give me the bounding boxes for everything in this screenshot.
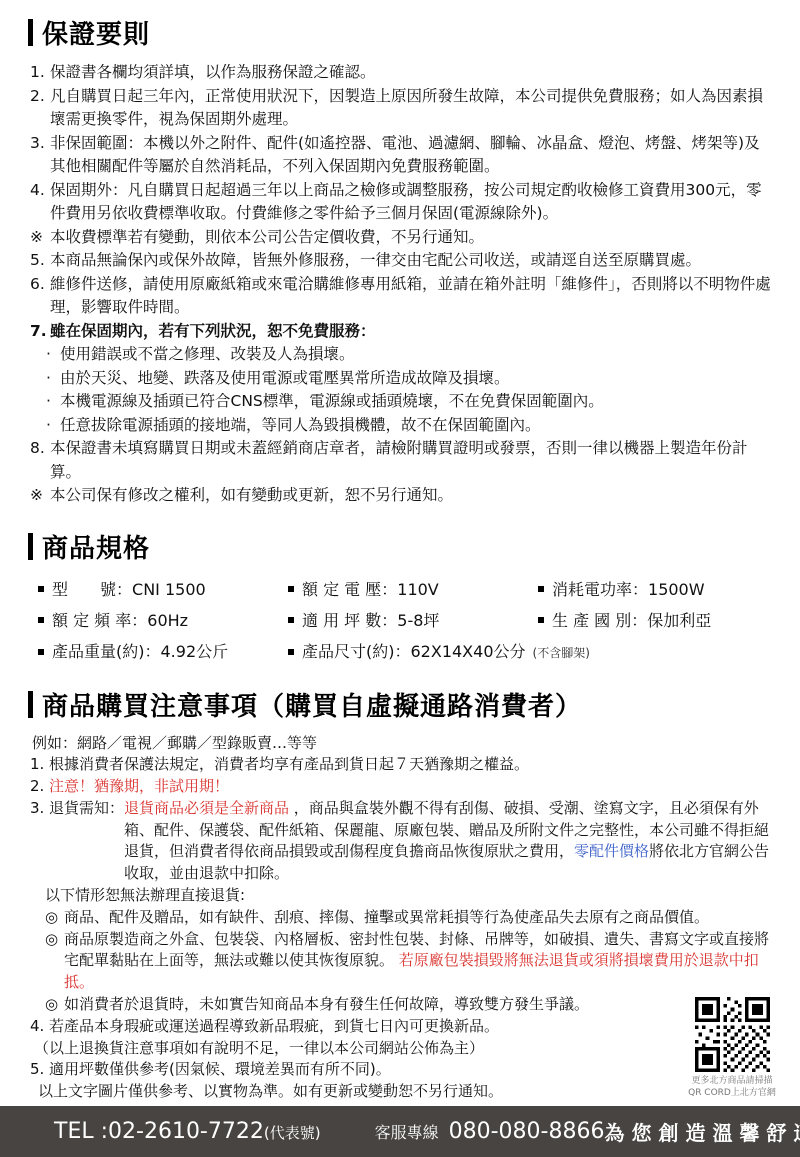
specs-section-header: 商品規格 bbox=[28, 528, 772, 565]
item-text: 本保證書未填寫購買日期或未蓋經銷商店章者，請檢附購買證明或發票，否則一律以機器上… bbox=[50, 437, 772, 484]
spec-item-model: 型 號：CNI 1500 bbox=[38, 575, 288, 604]
section-specs: 商品規格 型 號：CNI 1500 額 定 電 壓：110V 消耗電功率：150… bbox=[30, 528, 772, 668]
item-marker: 1. bbox=[30, 61, 50, 85]
warranty-item: 4.保固期外：凡自購買日起超過三年以上商品之檢修或調整服務，按公司規定酌收檢修工… bbox=[30, 179, 772, 226]
item-label: 退貨需知： bbox=[49, 798, 124, 820]
spec-item-weight: 產品重量(約)：4.92公斤 bbox=[38, 637, 288, 668]
return-note: （以上退換貨注意事項如有說明不足，一律以本公司網站公佈為主） bbox=[30, 1038, 772, 1060]
item-text: 商品原製造商之外盒、包裝袋、內格層板、密封性包裝、封條、吊牌等，如破損、遺失、書… bbox=[64, 929, 772, 994]
spec-value: 110V bbox=[397, 575, 438, 604]
square-bullet-icon bbox=[538, 617, 544, 623]
item-text: 根據消費者保護法規定，消費者均享有產品到貨日起７天猶豫期之權益。 bbox=[49, 754, 772, 776]
item-text: 保固期外：凡自購買日起超過三年以上商品之檢修或調整服務，按公司規定酌收檢修工資費… bbox=[50, 179, 772, 226]
item-marker: ※ bbox=[30, 226, 50, 250]
warranty-item: 6.維修件送修，請使用原廠紙箱或來電洽購維修專用紙箱，並請在箱外註明「維修件」，… bbox=[30, 273, 772, 320]
item-marker: 4. bbox=[30, 1016, 49, 1038]
item-marker: 2. bbox=[30, 85, 50, 109]
bullet-dot-icon: ‧ bbox=[46, 390, 60, 414]
item-text: 如消費者於退貨時，未如實告知商品本身有發生任何故障，導致雙方發生爭議。 bbox=[64, 994, 772, 1016]
warranty-list: 1.保證書各欄均須詳填，以作為服務保證之確認。 2.凡自購買日起三年內，正常使用… bbox=[30, 61, 772, 508]
purchase-section-header: 商品購買注意事項（購買自虛擬通路消費者） bbox=[28, 686, 772, 723]
section-bar-icon bbox=[28, 533, 33, 560]
spec-value: 保加利亞 bbox=[647, 606, 711, 635]
warranty-item: 1.保證書各欄均須詳填，以作為服務保證之確認。 bbox=[30, 61, 772, 85]
spec-note: (不含腳架) bbox=[533, 639, 590, 668]
spec-label: 產品尺寸(約)： bbox=[302, 637, 411, 666]
spec-label: 適 用 坪 數： bbox=[302, 606, 397, 635]
spec-value: 5-8坪 bbox=[397, 606, 439, 635]
spec-label: 型 號： bbox=[52, 575, 132, 604]
item-text: 保證書各欄均須詳填，以作為服務保證之確認。 bbox=[50, 61, 772, 85]
purchase-item: 4.若產品本身瑕疵或運送過程導致新品瑕疵，到貨七日內可更換新品。 bbox=[30, 1016, 772, 1038]
footer-bar: TEL : 02-2610-7722(代表號) 客服專線080-080-8866… bbox=[0, 1106, 800, 1157]
item-marker: 5. bbox=[30, 1059, 49, 1081]
bullet-dot-icon: ‧ bbox=[46, 414, 60, 438]
warranty-note: ※本收費標準若有變動，則依本公司公告定價收費，不另行通知。 bbox=[30, 226, 772, 250]
spec-item-area: 適 用 坪 數：5-8坪 bbox=[288, 606, 538, 635]
item-marker: 1. bbox=[30, 754, 49, 776]
segment-blue: 零配件價格 bbox=[574, 842, 649, 860]
item-marker: 3. bbox=[30, 132, 50, 156]
square-bullet-icon bbox=[538, 586, 544, 592]
item-marker: 2. bbox=[30, 776, 49, 798]
item-marker: 6. bbox=[30, 273, 50, 297]
purchase-item: 1.根據消費者保護法規定，消費者均享有產品到貨日起７天猶豫期之權益。 bbox=[30, 754, 772, 776]
item-text: 任意拔除電源插頭的接地端，等同人為毀損機體，故不在保固範圍內。 bbox=[60, 414, 772, 438]
section-purchase-notes: 商品購買注意事項（購買自虛擬通路消費者） 例如：網路／電視／郵購／型錄販賣…等等… bbox=[30, 686, 772, 1104]
qr-caption: 更多北方商品請掃描 QR CORD上北方官網 bbox=[688, 1076, 776, 1099]
section-bar-icon bbox=[28, 19, 33, 46]
item-text: 商品、配件及贈品，如有缺件、刮痕、摔傷、撞擊或異常耗損等行為使產品失去原有之商品… bbox=[64, 907, 772, 929]
square-bullet-icon bbox=[288, 649, 294, 655]
document-page: 保證要則 1.保證書各欄均須詳填，以作為服務保證之確認。 2.凡自購買日起三年內… bbox=[0, 0, 800, 1157]
item-text: 退貨商品必須是全新商品 ，商品與盒裝外觀不得有刮傷、破損、受潮、塗寫文字，且必須… bbox=[124, 798, 772, 885]
purchase-list: 例如：網路／電視／郵購／型錄販賣…等等 1.根據消費者保護法規定，消費者均享有產… bbox=[30, 733, 772, 1104]
warranty-item: 2.凡自購買日起三年內，正常使用狀況下，因製造上原因所發生故障，本公司提供免費服… bbox=[30, 85, 772, 132]
spec-label: 額 定 電 壓： bbox=[302, 575, 397, 604]
purchase-item-return-policy: 3. 退貨需知： 退貨商品必須是全新商品 ，商品與盒裝外觀不得有刮傷、破損、受潮… bbox=[30, 798, 772, 885]
square-bullet-icon bbox=[288, 617, 294, 623]
footer-service-line: 客服專線080-080-8866 bbox=[375, 1119, 605, 1144]
qr-caption-line2: QR CORD上北方官網 bbox=[688, 1088, 776, 1100]
item-text: 以上文字圖片僅供參考、以實物為準。如有更新或變動恕不另行通知。 bbox=[38, 1081, 772, 1103]
spec-value: 60Hz bbox=[147, 606, 188, 635]
qr-code-image bbox=[695, 997, 770, 1072]
purchase-section-title: 商品購買注意事項（購買自虛擬通路消費者） bbox=[42, 686, 582, 723]
specs-section-title: 商品規格 bbox=[42, 528, 150, 565]
item-marker: 4. bbox=[30, 179, 50, 203]
item-text: 由於天災、地變、跌落及使用電源或電壓異常所造成故障及損壞。 bbox=[60, 367, 772, 391]
purchase-item: 5.適用坪數僅供參考(因氣候、環境差異而有所不同)。 bbox=[30, 1059, 772, 1081]
warranty-sub-item: ‧任意拔除電源插頭的接地端，等同人為毀損機體，故不在保固範圍內。 bbox=[30, 414, 772, 438]
circle-bullet-icon: ◎ bbox=[45, 907, 64, 929]
item-marker: ※ bbox=[30, 484, 50, 508]
warranty-section-title: 保證要則 bbox=[42, 14, 150, 51]
qr-code-block: 更多北方商品請掃描 QR CORD上北方官網 bbox=[688, 997, 776, 1099]
warranty-item: 7.雖在保固期內，若有下列狀況，恕不免費服務： bbox=[30, 320, 772, 344]
purchase-item: 2.注意！猶豫期，非試用期！ bbox=[30, 776, 772, 798]
spec-item-dimensions: 產品尺寸(約)：62X14X40公分(不含腳架) bbox=[288, 637, 538, 668]
item-marker: 3. bbox=[30, 798, 49, 820]
segment-red: 退貨商品必須是全新商品 bbox=[124, 799, 289, 817]
bullet-dot-icon: ‧ bbox=[46, 343, 60, 367]
spec-label: 產品重量(約)： bbox=[52, 637, 161, 666]
specs-grid: 型 號：CNI 1500 額 定 電 壓：110V 消耗電功率：1500W 額 … bbox=[30, 575, 772, 668]
item-text: 本收費標準若有變動，則依本公司公告定價收費，不另行通知。 bbox=[50, 226, 772, 250]
circle-bullet-icon: ◎ bbox=[45, 994, 64, 1016]
no-return-item: ◎商品、配件及贈品，如有缺件、刮痕、摔傷、撞擊或異常耗損等行為使產品失去原有之商… bbox=[30, 907, 772, 929]
item-text: 若產品本身瑕疵或運送過程導致新品瑕疵，到貨七日內可更換新品。 bbox=[49, 1016, 772, 1038]
item-text: 使用錯誤或不當之修理、改裝及人為損壞。 bbox=[60, 343, 772, 367]
warranty-sub-item: ‧本機電源線及插頭已符合CNS標準，電源線或插頭燒壞，不在免費保固範圍內。 bbox=[30, 390, 772, 414]
footer-tel: TEL : 02-2610-7722(代表號) bbox=[54, 1119, 321, 1144]
spec-item-voltage: 額 定 電 壓：110V bbox=[288, 575, 538, 604]
purchase-example: 例如：網路／電視／郵購／型錄販賣…等等 bbox=[30, 733, 772, 755]
warranty-sub-item: ‧由於天災、地變、跌落及使用電源或電壓異常所造成故障及損壞。 bbox=[30, 367, 772, 391]
section-bar-icon bbox=[28, 691, 33, 718]
warranty-item: 5.本商品無論保內或保外故障，皆無外修服務，一律交由宅配公司收送，或請逕自送至原… bbox=[30, 249, 772, 273]
service-number: 080-080-8866 bbox=[449, 1119, 605, 1144]
tel-suffix: (代表號) bbox=[264, 1122, 321, 1143]
square-bullet-icon bbox=[288, 586, 294, 592]
spec-item-country: 生 產 國 別：保加利亞 bbox=[538, 606, 772, 635]
item-marker: 8. bbox=[30, 437, 50, 461]
item-marker: 7. bbox=[30, 320, 50, 344]
spec-label: 消耗電功率： bbox=[552, 575, 648, 604]
no-return-item: ◎如消費者於退貨時，未如實告知商品本身有發生任何故障，導致雙方發生爭議。 bbox=[30, 994, 772, 1016]
warranty-section-header: 保證要則 bbox=[28, 14, 772, 51]
no-return-item: ◎商品原製造商之外盒、包裝袋、內格層板、密封性包裝、封條、吊牌等，如破損、遺失、… bbox=[30, 929, 772, 994]
footer-slogan: 為您創造溫馨舒適的家 bbox=[604, 1117, 800, 1146]
tel-label: TEL : bbox=[54, 1119, 108, 1144]
section-warranty: 保證要則 1.保證書各欄均須詳填，以作為服務保證之確認。 2.凡自購買日起三年內… bbox=[30, 14, 772, 508]
item-text: 適用坪數僅供參考(因氣候、環境差異而有所不同)。 bbox=[49, 1059, 772, 1081]
item-marker: 5. bbox=[30, 249, 50, 273]
qr-caption-line1: 更多北方商品請掃描 bbox=[688, 1076, 776, 1088]
item-text-red: 注意！猶豫期，非試用期！ bbox=[49, 776, 772, 798]
bullet-dot-icon: ‧ bbox=[46, 367, 60, 391]
warranty-note: ※本公司保有修改之權利，如有變動或更新，恕不另行通知。 bbox=[30, 484, 772, 508]
warranty-item: 3.非保固範圍：本機以外之附件、配件(如遙控器、電池、過濾網、腳輪、冰晶盒、燈泡… bbox=[30, 132, 772, 179]
spec-value: 4.92公斤 bbox=[161, 637, 229, 666]
item-text: 以下情形恕無法辦理直接退貨: bbox=[45, 885, 772, 907]
spec-value: 1500W bbox=[648, 575, 705, 604]
tel-number: 02-2610-7722 bbox=[108, 1119, 264, 1144]
warranty-sub-item: ‧使用錯誤或不當之修理、改裝及人為損壞。 bbox=[30, 343, 772, 367]
warranty-item: 8.本保證書未填寫購買日期或未蓋經銷商店章者，請檢附購買證明或發票，否則一律以機… bbox=[30, 437, 772, 484]
spec-item-frequency: 額 定 頻 率：60Hz bbox=[38, 606, 288, 635]
square-bullet-icon bbox=[38, 649, 44, 655]
no-return-heading: 以下情形恕無法辦理直接退貨: bbox=[30, 885, 772, 907]
circle-bullet-icon: ◎ bbox=[45, 929, 64, 951]
item-text: 例如：網路／電視／郵購／型錄販賣…等等 bbox=[32, 733, 772, 755]
item-text: 非保固範圍：本機以外之附件、配件(如遙控器、電池、過濾網、腳輪、冰晶盒、燈泡、烤… bbox=[50, 132, 772, 179]
item-text: 本商品無論保內或保外故障，皆無外修服務，一律交由宅配公司收送，或請逕自送至原購買… bbox=[50, 249, 772, 273]
closing-note: 以上文字圖片僅供參考、以實物為準。如有更新或變動恕不另行通知。 bbox=[30, 1081, 772, 1103]
spec-label: 額 定 頻 率： bbox=[52, 606, 147, 635]
spec-label: 生 產 國 別： bbox=[552, 606, 647, 635]
spec-value: CNI 1500 bbox=[132, 575, 206, 604]
spec-value: 62X14X40公分 bbox=[411, 637, 526, 666]
item-text: 維修件送修，請使用原廠紙箱或來電洽購維修專用紙箱，並請在箱外註明「維修件」，否則… bbox=[50, 273, 772, 320]
item-text: 本公司保有修改之權利，如有變動或更新，恕不另行通知。 bbox=[50, 484, 772, 508]
service-label: 客服專線 bbox=[375, 1120, 439, 1143]
item-text: （以上退換貨注意事項如有說明不足，一律以本公司網站公佈為主） bbox=[34, 1038, 772, 1060]
item-text: 本機電源線及插頭已符合CNS標準，電源線或插頭燒壞，不在免費保固範圍內。 bbox=[60, 390, 772, 414]
square-bullet-icon bbox=[38, 617, 44, 623]
spec-item-power: 消耗電功率：1500W bbox=[538, 575, 772, 604]
item-text: 凡自購買日起三年內，正常使用狀況下，因製造上原因所發生故障，本公司提供免費服務；… bbox=[50, 85, 772, 132]
square-bullet-icon bbox=[38, 586, 44, 592]
item-text: 雖在保固期內，若有下列狀況，恕不免費服務： bbox=[50, 320, 772, 344]
